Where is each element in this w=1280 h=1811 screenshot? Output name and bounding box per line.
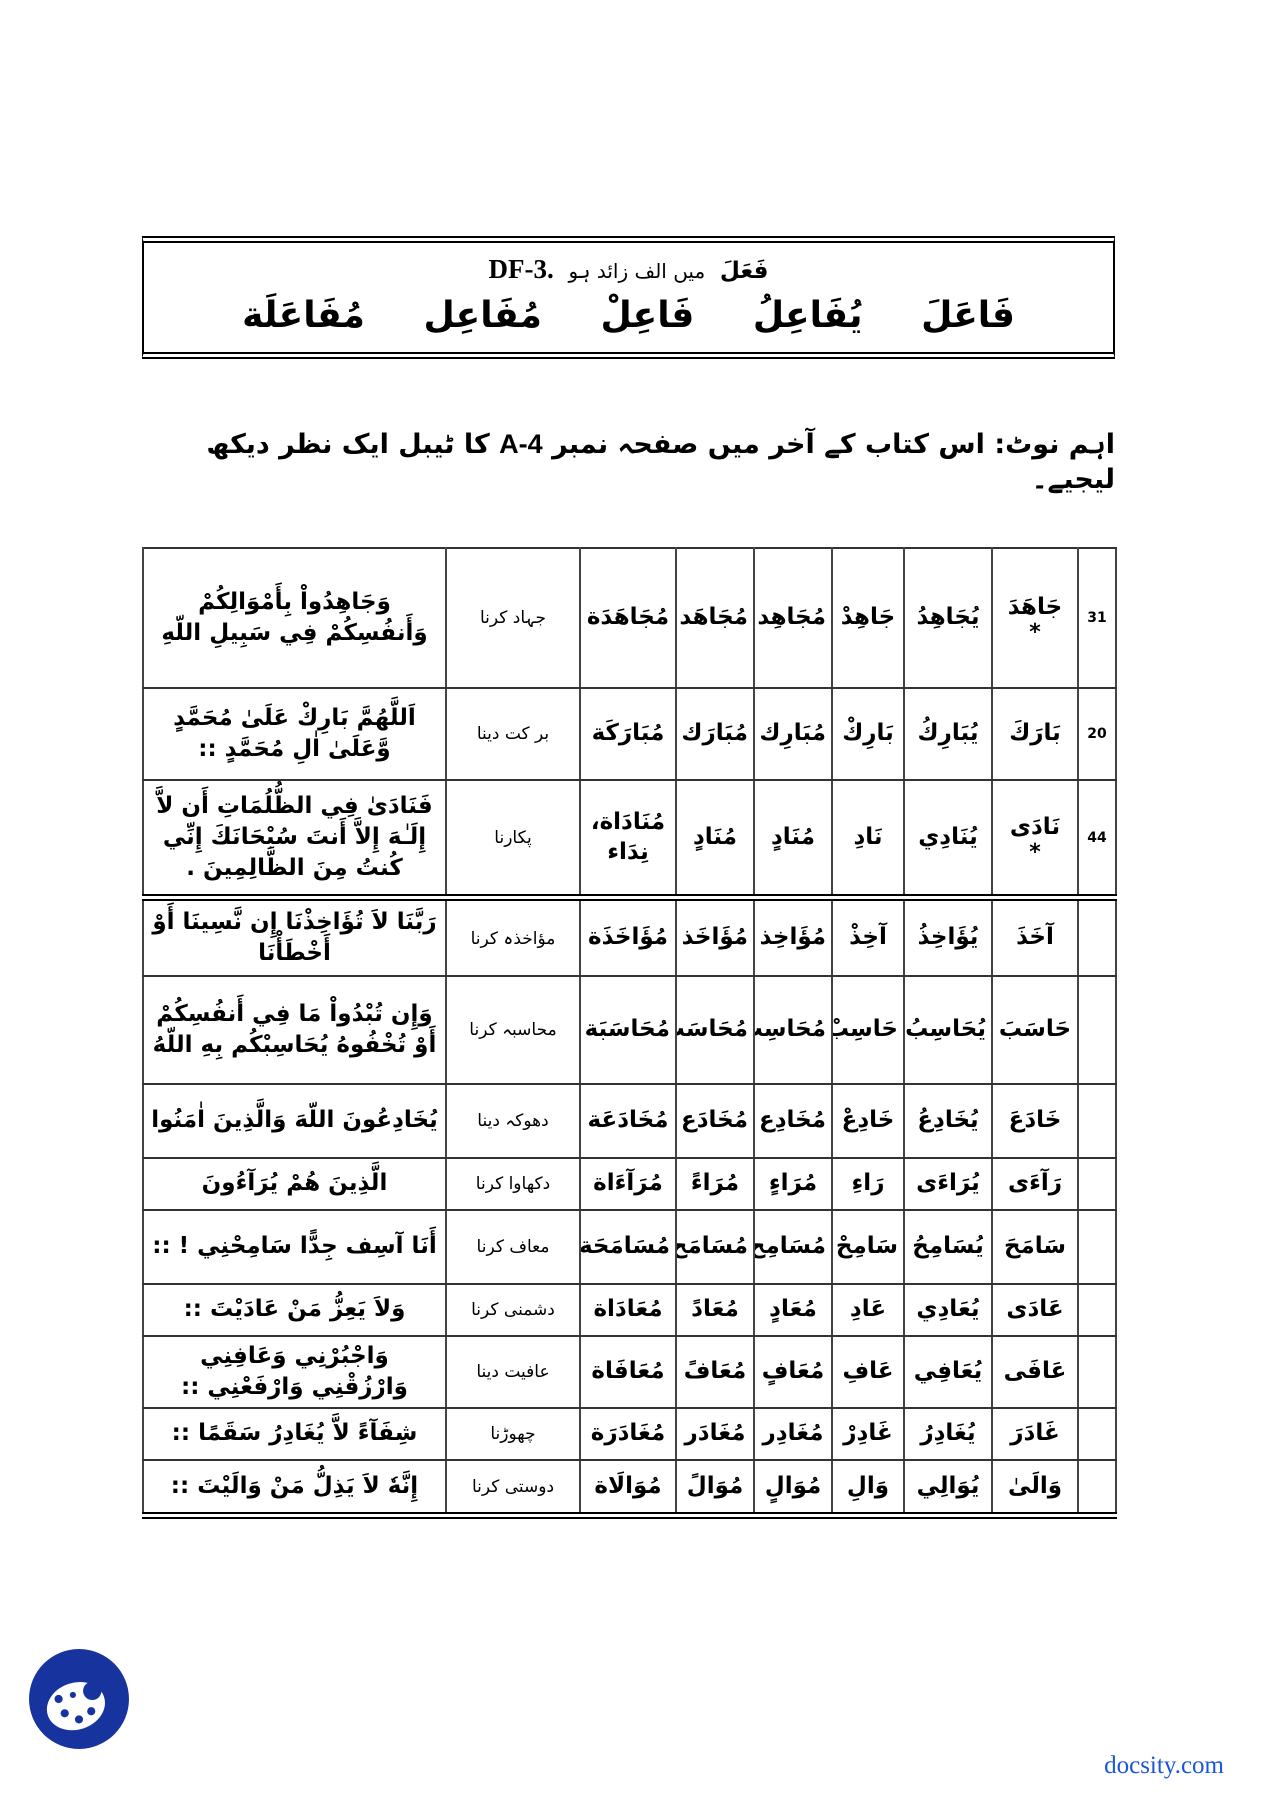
cell-verbal-noun: مُسَامَحَة — [580, 1210, 676, 1284]
cell-index — [1078, 1408, 1116, 1460]
cell-index: 44 — [1078, 780, 1116, 898]
cell-present-verb: يُرَاءَى — [904, 1158, 992, 1210]
pattern-masdar: مُفَاعَلَة — [242, 293, 365, 340]
cell-verbal-noun: مُرَآءَاة — [580, 1158, 676, 1210]
cell-passive-participle: مُرَاءً — [676, 1158, 754, 1210]
table-row: وَالَىٰ يُوَالِي وَالِ مُوَالٍ مُوَالً م… — [143, 1460, 1116, 1516]
cell-imperative: غَادِرْ — [832, 1408, 904, 1460]
cell-present-verb: يُعَادِي — [904, 1284, 992, 1336]
cell-active-participle: مُسَامِح — [754, 1210, 832, 1284]
cell-verbal-noun: مُعَافَاة — [580, 1336, 676, 1408]
cell-passive-participle: مُنَادٍ — [676, 780, 754, 898]
cell-example: شِفَآءً لاَّ يُغَادِرُ سَقَمًا :: — [143, 1408, 446, 1460]
cell-verbal-noun: مُؤَاخَذَة — [580, 898, 676, 976]
cell-index — [1078, 1460, 1116, 1516]
cell-verbal-noun: مُعَادَاة — [580, 1284, 676, 1336]
cell-active-participle: مُرَاءٍ — [754, 1158, 832, 1210]
cell-imperative: حَاسِبْ — [832, 976, 904, 1084]
cell-active-participle: مُخَادِع — [754, 1084, 832, 1158]
cell-urdu-meaning: دشمنی کرنا — [446, 1284, 580, 1336]
cell-example: اَللَّهُمَّ بَارِكْ عَلَىٰ مُحَمَّدٍ وَّ… — [143, 688, 446, 780]
table-row: 31 جَاهَدَ* يُجَاهِدُ جَاهِدْ مُجَاهِد م… — [143, 548, 1116, 688]
kicker-urdu-text: میں الف زائد ہو — [568, 259, 705, 283]
cell-example: رَبَّنَا لاَ تُؤَاخِذْنَا إِن نَّسِينَا … — [143, 898, 446, 976]
cell-present-verb: يُوَالِي — [904, 1460, 992, 1516]
cell-index — [1078, 976, 1116, 1084]
kicker-arabic-word: فَعَلَ — [720, 258, 769, 284]
cell-present-verb: يُجَاهِدُ — [904, 548, 992, 688]
docsity-link[interactable]: docsity.com — [1104, 1752, 1224, 1780]
cell-imperative: رَاءِ — [832, 1158, 904, 1210]
cell-example: أَنَا آسِف جِدًّا سَامِحْنِي ! :: — [143, 1210, 446, 1284]
note-text-before: اس کتاب کے آخر میں صفحہ نمبر — [552, 429, 985, 460]
cell-urdu-meaning: دوستی کرنا — [446, 1460, 580, 1516]
cell-urdu-meaning: دھوکہ دینا — [446, 1084, 580, 1158]
cell-present-verb: يُحَاسِبُ — [904, 976, 992, 1084]
cell-example: فَنَادَىٰ فِي الظُّلُمَاتِ أَن لاَّ إِلَ… — [143, 780, 446, 898]
cell-passive-participle: مُخَادَع — [676, 1084, 754, 1158]
note-page-ref: A-4 — [499, 429, 543, 459]
table-row: غَادَرَ يُغَادِرُ غَادِرْ مُغَادِر مُغَا… — [143, 1408, 1116, 1460]
table-row: حَاسَبَ يُحَاسِبُ حَاسِبْ مُحَاسِب مُحَا… — [143, 976, 1116, 1084]
cell-passive-participle: مُسَامَح — [676, 1210, 754, 1284]
cell-verbal-noun: مُحَاسَبَة — [580, 976, 676, 1084]
cell-imperative: بَارِكْ — [832, 688, 904, 780]
cell-example: وَإِن تُبْدُواْ مَا فِي أَنفُسِكُمْ أَوْ… — [143, 976, 446, 1084]
cell-imperative: سَامِحْ — [832, 1210, 904, 1284]
star-marker: * — [998, 623, 1072, 643]
past-verb: جَاهَدَ — [1008, 594, 1062, 620]
cell-present-verb: يُنَادِي — [904, 780, 992, 898]
cell-passive-participle: مُحَاسَب — [676, 976, 754, 1084]
table-row: 20 بَارَكَ يُبَارِكُ بَارِكْ مُبَارِك مُ… — [143, 688, 1116, 780]
cell-past-verb: عَادَى — [992, 1284, 1078, 1336]
cell-passive-participle: مُعَادً — [676, 1284, 754, 1336]
cell-index: 20 — [1078, 688, 1116, 780]
cell-urdu-meaning: معاف کرنا — [446, 1210, 580, 1284]
cell-past-verb: حَاسَبَ — [992, 976, 1078, 1084]
table-row: عَادَى يُعَادِي عَادِ مُعَادٍ مُعَادً مُ… — [143, 1284, 1116, 1336]
cell-verbal-noun: مُخَادَعَة — [580, 1084, 676, 1158]
cell-verbal-noun: مُوَالَاة — [580, 1460, 676, 1516]
cell-urdu-meaning: چھوڑنا — [446, 1408, 580, 1460]
cell-passive-participle: مُؤَاخَذ — [676, 898, 754, 976]
cell-index — [1078, 1158, 1116, 1210]
cell-urdu-meaning: پکارنا — [446, 780, 580, 898]
cell-index — [1078, 898, 1116, 976]
cell-example: وَاجْبُرْنِي وَعَافِنِي وَارْزُقْنِي وَا… — [143, 1336, 446, 1408]
cell-past-verb: عَافَى — [992, 1336, 1078, 1408]
verb-conjugation-table: 31 جَاهَدَ* يُجَاهِدُ جَاهِدْ مُجَاهِد م… — [142, 547, 1117, 1520]
cell-imperative: عَافِ — [832, 1336, 904, 1408]
cell-present-verb: يُخَادِعُ — [904, 1084, 992, 1158]
table-row: خَادَعَ يُخَادِعُ خَادِعْ مُخَادِع مُخَا… — [143, 1084, 1116, 1158]
cell-index — [1078, 1336, 1116, 1408]
pattern-past: فَاعَلَ — [921, 293, 1015, 340]
cell-present-verb: يُؤَاخِذُ — [904, 898, 992, 976]
important-note: اہم نوٹ: اس کتاب کے آخر میں صفحہ نمبر A-… — [142, 427, 1115, 497]
pattern-imperative: فَاعِلْ — [600, 293, 694, 340]
cell-present-verb: يُسَامِحُ — [904, 1210, 992, 1284]
cell-verbal-noun: مُنَادَاة، نِدَاء — [580, 780, 676, 898]
cell-urdu-meaning: بر کت دینا — [446, 688, 580, 780]
cell-index — [1078, 1284, 1116, 1336]
cell-index: 31 — [1078, 548, 1116, 688]
cell-past-verb: نَادَى* — [992, 780, 1078, 898]
cell-active-participle: مُعَافٍ — [754, 1336, 832, 1408]
title-box: فَعَلَ میں الف زائد ہو DF-3. فَاعَلَ يُف… — [142, 236, 1115, 359]
table-row: عَافَى يُعَافِي عَافِ مُعَافٍ مُعَافً مُ… — [143, 1336, 1116, 1408]
cell-passive-participle: مُغَادَر — [676, 1408, 754, 1460]
cell-urdu-meaning: مؤاخذہ کرنا — [446, 898, 580, 976]
cell-past-verb: وَالَىٰ — [992, 1460, 1078, 1516]
cell-imperative: عَادِ — [832, 1284, 904, 1336]
cell-urdu-meaning: عافیت دینا — [446, 1336, 580, 1408]
cell-past-verb: رَآءَى — [992, 1158, 1078, 1210]
cell-active-participle: مُؤَاخِذ — [754, 898, 832, 976]
cell-passive-participle: مُجَاهَد — [676, 548, 754, 688]
cell-past-verb: آخَذَ — [992, 898, 1078, 976]
lesson-kicker: فَعَلَ میں الف زائد ہو DF-3. — [144, 251, 1113, 289]
past-verb: نَادَى — [1010, 814, 1060, 840]
cell-past-verb: بَارَكَ — [992, 688, 1078, 780]
cell-active-participle: مُوَالٍ — [754, 1460, 832, 1516]
star-marker: * — [998, 843, 1072, 863]
cell-urdu-meaning: محاسبہ کرنا — [446, 976, 580, 1084]
table-row: 44 نَادَى* يُنَادِي نَادِ مُنَادٍ مُنَاد… — [143, 780, 1116, 898]
cell-index — [1078, 1084, 1116, 1158]
table-row: سَامَحَ يُسَامِحُ سَامِحْ مُسَامِح مُسَا… — [143, 1210, 1116, 1284]
cell-imperative: خَادِعْ — [832, 1084, 904, 1158]
cell-verbal-noun: مُجَاهَدَة — [580, 548, 676, 688]
cell-example: الَّذِينَ هُمْ يُرَآءُونَ — [143, 1158, 446, 1210]
cell-imperative: نَادِ — [832, 780, 904, 898]
note-label: اہم نوٹ: — [994, 429, 1115, 460]
cell-present-verb: يُبَارِكُ — [904, 688, 992, 780]
cell-present-verb: يُغَادِرُ — [904, 1408, 992, 1460]
content-area: فَعَلَ میں الف زائد ہو DF-3. فَاعَلَ يُف… — [142, 236, 1115, 1519]
cell-present-verb: يُعَافِي — [904, 1336, 992, 1408]
lesson-code: DF-3. — [489, 254, 554, 284]
cell-index — [1078, 1210, 1116, 1284]
cell-example: يُخَادِعُونَ اللّهَ وَالَّذِينَ اٰمَنُوا — [143, 1084, 446, 1158]
cell-active-participle: مُجَاهِد — [754, 548, 832, 688]
cell-passive-participle: مُعَافً — [676, 1336, 754, 1408]
cell-verbal-noun: مُبَارَكَة — [580, 688, 676, 780]
cell-active-participle: مُحَاسِب — [754, 976, 832, 1084]
cell-past-verb: غَادَرَ — [992, 1408, 1078, 1460]
cell-example: وَجَاهِدُواْ بِأَمْوَالِكُمْ وَأَنفُسِكُ… — [143, 548, 446, 688]
table-row: آخَذَ يُؤَاخِذُ آخِذْ مُؤَاخِذ مُؤَاخَذ … — [143, 898, 1116, 976]
cell-urdu-meaning: دکھاوا کرنا — [446, 1158, 580, 1210]
cell-imperative: آخِذْ — [832, 898, 904, 976]
cell-example: وَلاَ يَعِزُّ مَنْ عَادَيْتَ :: — [143, 1284, 446, 1336]
cell-example: إِنَّهٗ لاَ يَذِلُّ مَنْ وَالَيْتَ :: — [143, 1460, 446, 1516]
docsity-logo-icon — [28, 1648, 130, 1750]
cell-passive-participle: مُبَارَك — [676, 688, 754, 780]
pattern-participle: مُفَاعِل — [423, 293, 541, 340]
cell-past-verb: خَادَعَ — [992, 1084, 1078, 1158]
cell-imperative: وَالِ — [832, 1460, 904, 1516]
cell-active-participle: مُنَادٍ — [754, 780, 832, 898]
cell-past-verb: سَامَحَ — [992, 1210, 1078, 1284]
table-row: رَآءَى يُرَاءَى رَاءِ مُرَاءٍ مُرَاءً مُ… — [143, 1158, 1116, 1210]
cell-active-participle: مُغَادِر — [754, 1408, 832, 1460]
cell-urdu-meaning: جہاد کرنا — [446, 548, 580, 688]
cell-active-participle: مُبَارِك — [754, 688, 832, 780]
cell-active-participle: مُعَادٍ — [754, 1284, 832, 1336]
cell-imperative: جَاهِدْ — [832, 548, 904, 688]
verb-pattern-line: فَاعَلَ يُفَاعِلُ فَاعِلْ مُفَاعِل مُفَا… — [144, 293, 1113, 340]
cell-past-verb: جَاهَدَ* — [992, 548, 1078, 688]
cell-passive-participle: مُوَالً — [676, 1460, 754, 1516]
cell-verbal-noun: مُغَادَرَة — [580, 1408, 676, 1460]
pattern-present: يُفَاعِلُ — [753, 293, 863, 340]
